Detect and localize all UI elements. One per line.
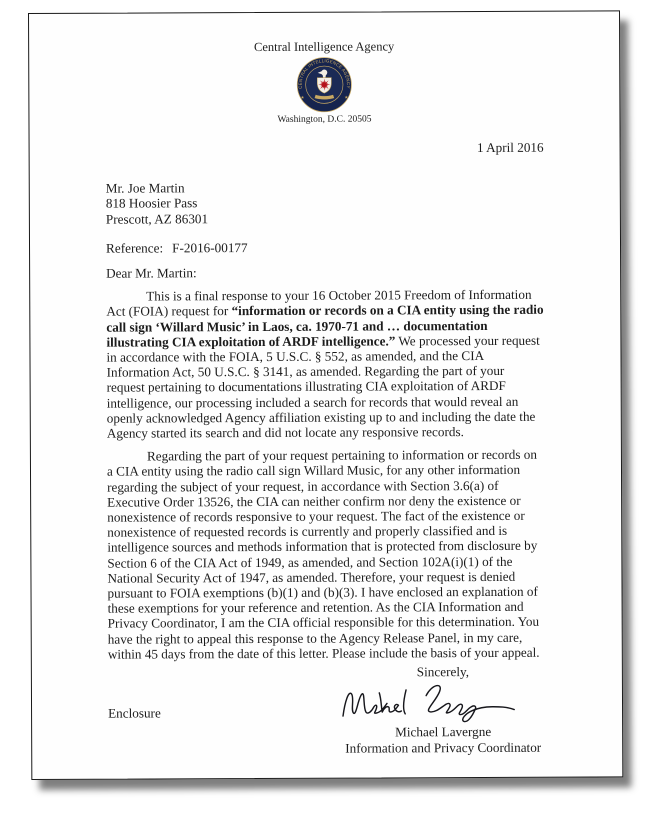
letter-date: 1 April 2016 <box>106 140 544 157</box>
handwritten-signature <box>332 680 528 725</box>
salutation: Dear Mr. Martin: <box>106 264 544 281</box>
recipient-city: Prescott, AZ 86301 <box>106 209 544 226</box>
seal-star-right-icon: ★ <box>344 95 348 100</box>
seal-star-left-icon: ★ <box>301 95 305 100</box>
scan-background: Central Intelligence Agency CENTRAL INTE… <box>0 0 655 817</box>
recipient-block: Mr. Joe Martin 818 Hoosier Pass Prescott… <box>106 179 544 227</box>
letterhead: Central Intelligence Agency CENTRAL INTE… <box>105 12 543 127</box>
cia-seal-icon: CENTRAL INTELLIGENCE AGENCY ★ ★ <box>296 57 352 113</box>
signer-title: Information and Privacy Coordinator <box>318 739 568 755</box>
body-paragraph-2: Regarding the part of your request perta… <box>107 447 546 662</box>
body-paragraph-1: This is a final response to your 16 Octo… <box>106 287 545 441</box>
reference-label: Reference: <box>106 240 163 255</box>
enclosure-note: Enclosure <box>108 705 161 720</box>
letterhead-agency-name: Central Intelligence Agency <box>105 39 543 55</box>
signer-name: Michael Lavergne <box>318 724 568 740</box>
cia-seal: CENTRAL INTELLIGENCE AGENCY ★ ★ <box>296 57 352 113</box>
letter-page: Central Intelligence Agency CENTRAL INTE… <box>28 10 623 780</box>
reference-number: F-2016-00177 <box>172 240 248 255</box>
closing-block: Sincerely, Michael Lavergne Information … <box>318 664 568 756</box>
signature-stroke-last <box>426 686 514 722</box>
reference-line: Reference:F-2016-00177 <box>106 239 544 256</box>
letterhead-address: Washington, D.C. 20505 <box>105 113 543 127</box>
letter-content: Central Intelligence Agency CENTRAL INTE… <box>29 11 622 779</box>
signature-stroke-first <box>343 690 406 716</box>
p1-remainder: We processed your request in accordance … <box>106 333 539 441</box>
closing-sincerely: Sincerely, <box>318 664 568 680</box>
